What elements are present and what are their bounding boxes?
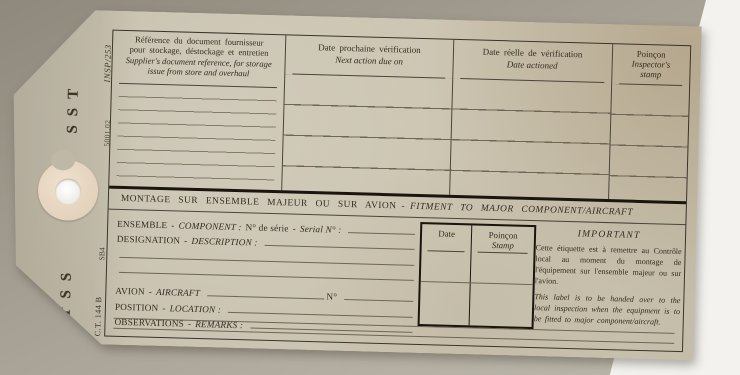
important-title: IMPORTANT <box>536 226 682 243</box>
ct-form-code: C.T. 144 B <box>93 296 103 336</box>
important-notice: IMPORTANT Cette étiquette est à remettre… <box>533 226 682 333</box>
column-header: Date prochaine vérification Next action … <box>293 36 446 79</box>
separator: - <box>149 287 153 297</box>
label-avion: AVION <box>115 286 145 297</box>
label-position: POSITION <box>115 301 159 312</box>
column-header: Référence du document fournisseur pour s… <box>119 31 279 88</box>
ruled-lines <box>450 79 611 199</box>
column-date-actioned: Date réelle de vérification Date actione… <box>450 40 613 199</box>
title-separator: - <box>401 202 405 212</box>
header-english: Supplier's document reference, for stora… <box>124 55 273 80</box>
date-header: Date <box>428 224 466 252</box>
photo-scene: INSP/253 5001.02 SB4 C.T. 144 B SST TSS … <box>0 0 740 375</box>
title-french: MONTAGE SUR ENSEMBLE MAJEUR OU SUR AVION <box>121 194 397 211</box>
tss-stamp-bottom: TSS <box>58 264 76 318</box>
label-aircraft: AIRCRAFT <box>156 287 200 298</box>
column-next-action: Date prochaine vérification Next action … <box>282 35 454 194</box>
verification-table: Référence du document fournisseur pour s… <box>109 31 690 205</box>
title-english: FITMENT TO MAJOR COMPONENT/AIRCRAFT <box>410 202 633 218</box>
label-location: LOCATION : <box>170 303 222 314</box>
stamp-header: Poinçon Stamp <box>478 226 528 254</box>
important-text-english: This label is to be handed over to the l… <box>534 291 681 328</box>
sb-code: SB4 <box>97 247 106 260</box>
ruled-lines <box>609 84 690 201</box>
ruled-lines <box>116 84 277 190</box>
tss-stamp-top: SST <box>65 80 83 134</box>
column-header: Date réelle de vérification Date actione… <box>460 40 605 83</box>
ruled-lines <box>282 74 452 194</box>
date-column: Date <box>420 224 473 325</box>
separator: - <box>184 236 188 246</box>
important-text-french: Cette étiquette est à remettre au Contrô… <box>535 242 682 290</box>
equipment-tag: INSP/253 5001.02 SB4 C.T. 144 B SST TSS … <box>7 8 702 360</box>
column-supplier-reference: Référence du document fournisseur pour s… <box>109 31 286 191</box>
label-aircraft-number: N° <box>326 291 337 301</box>
header-english: Inspector's stamp <box>624 59 678 81</box>
tag-shadow: INSP/253 5001.02 SB4 C.T. 144 B SST TSS … <box>16 8 702 342</box>
stamp-header-english: Stamp <box>478 240 528 251</box>
label-serial-en: Serial N° : <box>300 223 342 234</box>
label-component: COMPONENT : <box>178 220 241 232</box>
label-serial-fr: N° de série <box>245 222 288 233</box>
column-inspectors-stamp: Poinçon Inspector's stamp <box>609 44 691 201</box>
label-description: DESCRIPTION : <box>191 236 257 248</box>
fitment-section: ENSEMBLE - COMPONENT : N° de série - Ser… <box>105 210 685 348</box>
punched-hole <box>55 178 82 205</box>
label-ensemble: ENSEMBLE <box>117 218 167 229</box>
separator: - <box>162 303 166 313</box>
column-header: Poinçon Inspector's stamp <box>619 44 684 86</box>
fitment-fields: ENSEMBLE - COMPONENT : N° de série - Ser… <box>114 213 417 335</box>
separator: - <box>293 223 297 233</box>
date-stamp-box: Date Poinçon Stamp <box>418 222 537 329</box>
reinforcement-ring <box>37 160 99 222</box>
label-designation: DESIGNATION <box>117 234 181 246</box>
separator: - <box>171 220 175 230</box>
printed-form: Référence du document fournisseur pour s… <box>104 30 691 353</box>
stamp-column: Poinçon Stamp <box>470 225 534 327</box>
